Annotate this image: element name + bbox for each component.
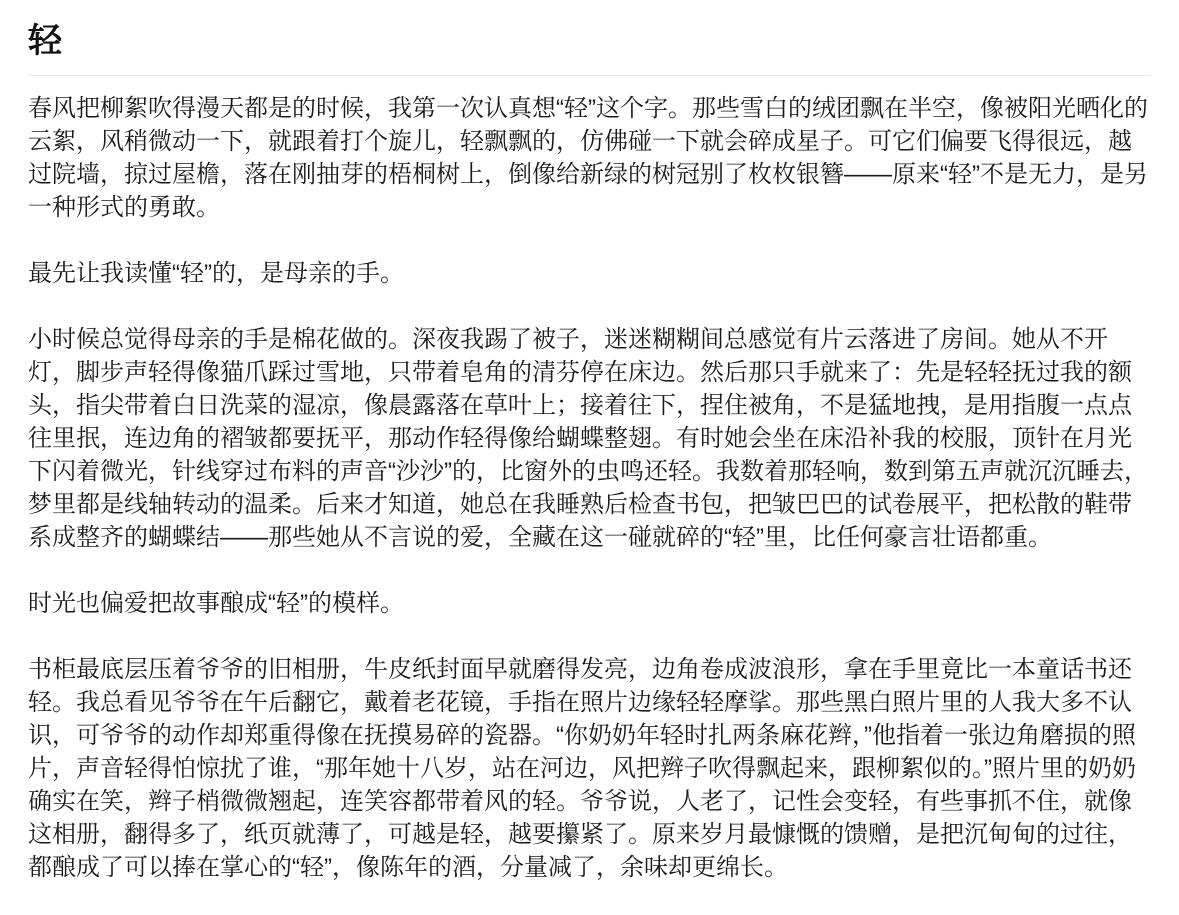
essay-paragraph-3: 小时候总觉得母亲的手是棉花做的。深夜我踢了被子，迷迷糊糊间总感觉有片云落进了房间… <box>28 323 1151 554</box>
document-page: 轻 春风把柳絮吹得漫天都是的时候，我第一次认真想“轻”这个字。那些雪白的绒团飘在… <box>0 0 1179 915</box>
essay-paragraph-1: 春风把柳絮吹得漫天都是的时候，我第一次认真想“轻”这个字。那些雪白的绒团飘在半空… <box>28 92 1151 224</box>
title-divider <box>28 75 1151 76</box>
essay-paragraph-4: 时光也偏爱把故事酿成“轻”的模样。 <box>28 587 1151 620</box>
page-title: 轻 <box>28 22 1151 61</box>
essay-paragraph-2: 最先让我读懂“轻”的，是母亲的手。 <box>28 257 1151 290</box>
essay-body: 春风把柳絮吹得漫天都是的时候，我第一次认真想“轻”这个字。那些雪白的绒团飘在半空… <box>28 92 1151 884</box>
essay-paragraph-5: 书柜最底层压着爷爷的旧相册，牛皮纸封面早就磨得发亮，边角卷成波浪形，拿在手里竟比… <box>28 653 1151 884</box>
